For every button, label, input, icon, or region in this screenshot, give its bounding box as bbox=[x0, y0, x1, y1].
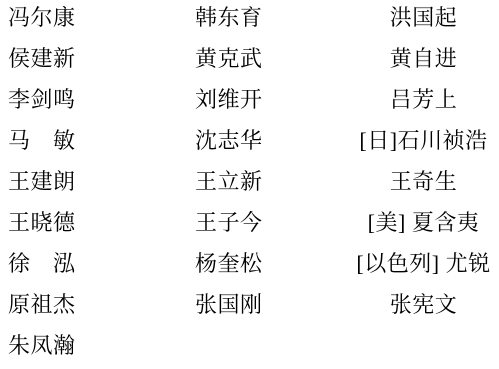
name-item: [美] 夏含夷 bbox=[348, 205, 499, 246]
name-item: 杨奎松 bbox=[195, 246, 348, 287]
name-item: 马 敏 bbox=[8, 123, 187, 164]
name-item: 朱凤瀚 bbox=[8, 328, 187, 369]
name-item: 黄克武 bbox=[195, 41, 348, 82]
name-item: 刘维开 bbox=[195, 82, 348, 123]
name-item: [以色列] 尤锐 bbox=[348, 246, 499, 287]
name-item: 原祖杰 bbox=[8, 287, 187, 328]
name-item: 徐 泓 bbox=[8, 246, 187, 287]
name-item: 王子今 bbox=[195, 205, 348, 246]
names-column-3: 洪国起 黄自进 吕芳上 [日]石川祯浩 王奇生 [美] 夏含夷 [以色列] 尤锐… bbox=[348, 0, 499, 369]
name-item: 吕芳上 bbox=[348, 82, 499, 123]
name-item: 张国刚 bbox=[195, 287, 348, 328]
name-item: 沈志华 bbox=[195, 123, 348, 164]
names-page: 冯尔康 侯建新 李剑鸣 马 敏 王建朗 王晓德 徐 泓 原祖杰 朱凤瀚 韩东育 … bbox=[0, 0, 499, 369]
name-item: 黄自进 bbox=[348, 41, 499, 82]
name-item: 王立新 bbox=[195, 164, 348, 205]
name-item: 冯尔康 bbox=[8, 0, 187, 41]
name-item: 张宪文 bbox=[348, 287, 499, 328]
name-item: 洪国起 bbox=[348, 0, 499, 41]
name-item: 韩东育 bbox=[195, 0, 348, 41]
name-item: 王奇生 bbox=[348, 164, 499, 205]
names-column-2: 韩东育 黄克武 刘维开 沈志华 王立新 王子今 杨奎松 张国刚 bbox=[187, 0, 348, 369]
name-item: [日]石川祯浩 bbox=[348, 123, 499, 164]
name-item: 王建朗 bbox=[8, 164, 187, 205]
name-item: 侯建新 bbox=[8, 41, 187, 82]
name-item: 王晓德 bbox=[8, 205, 187, 246]
names-column-1: 冯尔康 侯建新 李剑鸣 马 敏 王建朗 王晓德 徐 泓 原祖杰 朱凤瀚 bbox=[0, 0, 187, 369]
name-item: 李剑鸣 bbox=[8, 82, 187, 123]
